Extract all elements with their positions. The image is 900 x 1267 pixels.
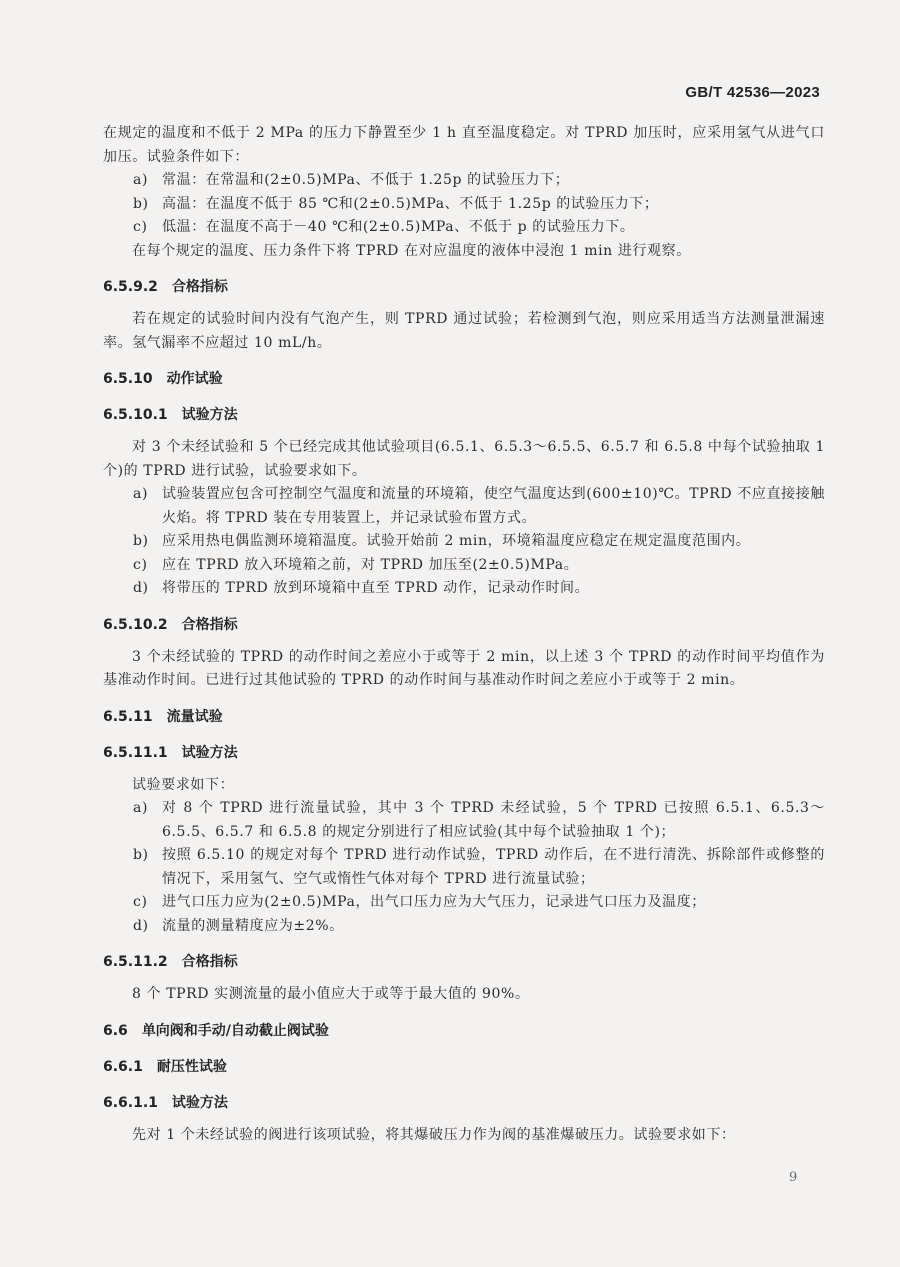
section-heading: 6.5.11.1试验方法 bbox=[103, 743, 825, 763]
paragraph: 3 个未经试验的 TPRD 的动作时间之差应小于或等于 2 min，以上述 3 … bbox=[103, 646, 825, 693]
section-heading: 6.5.10动作试验 bbox=[103, 369, 825, 389]
list-item: c)低温：在温度不高于－40 ℃和(2±0.5)MPa、不低于 p 的试验压力下… bbox=[103, 216, 825, 240]
section-heading: 6.5.11.2合格指标 bbox=[103, 952, 825, 972]
paragraph: 对 3 个未经试验和 5 个已经完成其他试验项目(6.5.1、6.5.3～6.5… bbox=[103, 436, 825, 483]
section-heading: 6.5.10.2合格指标 bbox=[103, 615, 825, 635]
paragraph: 若在规定的试验时间内没有气泡产生，则 TPRD 通过试验；若检测到气泡，则应采用… bbox=[103, 308, 825, 355]
list-item: a)对 8 个 TPRD 进行流量试验，其中 3 个 TPRD 未经试验，5 个… bbox=[103, 797, 825, 844]
section-heading: 6.5.10.1试验方法 bbox=[103, 405, 825, 425]
paragraph: 在规定的温度和不低于 2 MPa 的压力下静置至少 1 h 直至温度稳定。对 T… bbox=[103, 122, 825, 169]
list-item: a)试验装置应包含可控制空气温度和流量的环境箱，使空气温度达到(600±10)℃… bbox=[103, 483, 825, 530]
list-item: c)进气口压力应为(2±0.5)MPa，出气口压力应为大气压力，记录进气口压力及… bbox=[103, 891, 825, 915]
section-heading: 6.6.1.1试验方法 bbox=[103, 1093, 825, 1113]
list-item: d)将带压的 TPRD 放到环境箱中直至 TPRD 动作，记录动作时间。 bbox=[103, 577, 825, 601]
paragraph: 在每个规定的温度、压力条件下将 TPRD 在对应温度的液体中浸泡 1 min 进… bbox=[103, 240, 825, 264]
page-number: 9 bbox=[789, 1170, 797, 1185]
section-heading: 6.5.11流量试验 bbox=[103, 707, 825, 727]
paragraph: 先对 1 个未经试验的阀进行该项试验，将其爆破压力作为阀的基准爆破压力。试验要求… bbox=[103, 1124, 825, 1148]
list-item: d)流量的测量精度应为±2%。 bbox=[103, 915, 825, 939]
flow-test-list: a)对 8 个 TPRD 进行流量试验，其中 3 个 TPRD 未经试验，5 个… bbox=[103, 797, 825, 938]
list-item: c)应在 TPRD 放入环境箱之前，对 TPRD 加压至(2±0.5)MPa。 bbox=[103, 554, 825, 578]
list-item: b)高温：在温度不低于 85 ℃和(2±0.5)MPa、不低于 1.25p 的试… bbox=[103, 193, 825, 217]
section-heading: 6.6单向阀和手动/自动截止阀试验 bbox=[103, 1021, 825, 1041]
paragraph: 试验要求如下： bbox=[103, 774, 825, 798]
section-heading: 6.6.1耐压性试验 bbox=[103, 1057, 825, 1077]
condition-list: a)常温：在常温和(2±0.5)MPa、不低于 1.25p 的试验压力下； b)… bbox=[103, 169, 825, 240]
paragraph: 8 个 TPRD 实测流量的最小值应大于或等于最大值的 90%。 bbox=[103, 983, 825, 1007]
list-item: a)常温：在常温和(2±0.5)MPa、不低于 1.25p 的试验压力下； bbox=[103, 169, 825, 193]
list-item: b)按照 6.5.10 的规定对每个 TPRD 进行动作试验，TPRD 动作后，… bbox=[103, 844, 825, 891]
list-item: b)应采用热电偶监测环境箱温度。试验开始前 2 min，环境箱温度应稳定在规定温… bbox=[103, 530, 825, 554]
section-heading: 6.5.9.2合格指标 bbox=[103, 277, 825, 297]
standard-code: GB/T 42536—2023 bbox=[685, 84, 820, 101]
requirement-list: a)试验装置应包含可控制空气温度和流量的环境箱，使空气温度达到(600±10)℃… bbox=[103, 483, 825, 601]
document-page: GB/T 42536—2023 在规定的温度和不低于 2 MPa 的压力下静置至… bbox=[0, 0, 900, 1267]
page-content: 在规定的温度和不低于 2 MPa 的压力下静置至少 1 h 直至温度稳定。对 T… bbox=[103, 122, 825, 1147]
